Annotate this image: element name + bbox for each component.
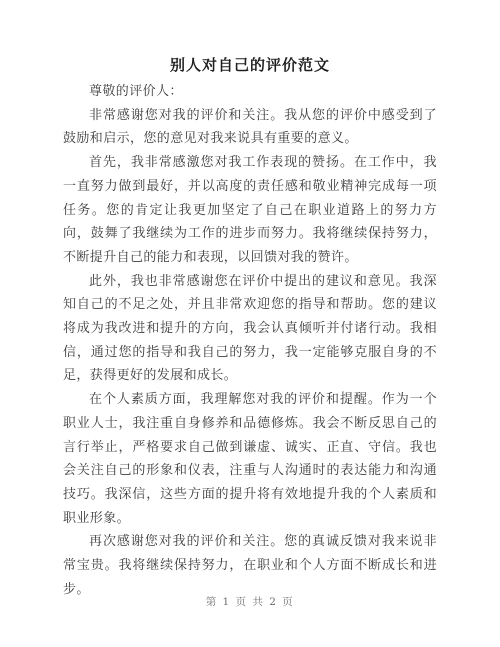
document-body: 尊敬的评价人： 非常感谢您对我的评价和关注。我从您的评价中感受到了鼓励和启示，您… [63,80,437,601]
paragraph-thanks-intro: 非常感谢您对我的评价和关注。我从您的评价中感受到了鼓励和启示，您的意见对我来说具… [63,104,437,151]
paragraph-work-praise: 首先，我非常感激您对我工作表现的赞扬。在工作中，我一直努力做到最好，并以高度的责… [63,151,437,270]
document-title: 别人对自己的评价范文 [0,0,500,76]
document-page: 别人对自己的评价范文 尊敬的评价人： 非常感谢您对我的评价和关注。我从您的评价中… [0,0,500,647]
paragraph-closing-thanks: 再次感谢您对我的评价和关注。您的真诚反馈对我来说非常宝贵。我将继续保持努力，在职… [63,530,437,601]
salutation: 尊敬的评价人： [63,80,437,104]
paragraph-personal-quality: 在个人素质方面，我理解您对我的评价和提醒。作为一个职业人士，我注重自身修养和品德… [63,388,437,530]
page-number-indicator: 第 1 页 共 2 页 [206,596,295,608]
page-footer: 第 1 页 共 2 页 [0,594,500,609]
paragraph-suggestions: 此外，我也非常感谢您在评价中提出的建议和意见。我深知自己的不足之处，并且非常欢迎… [63,270,437,389]
